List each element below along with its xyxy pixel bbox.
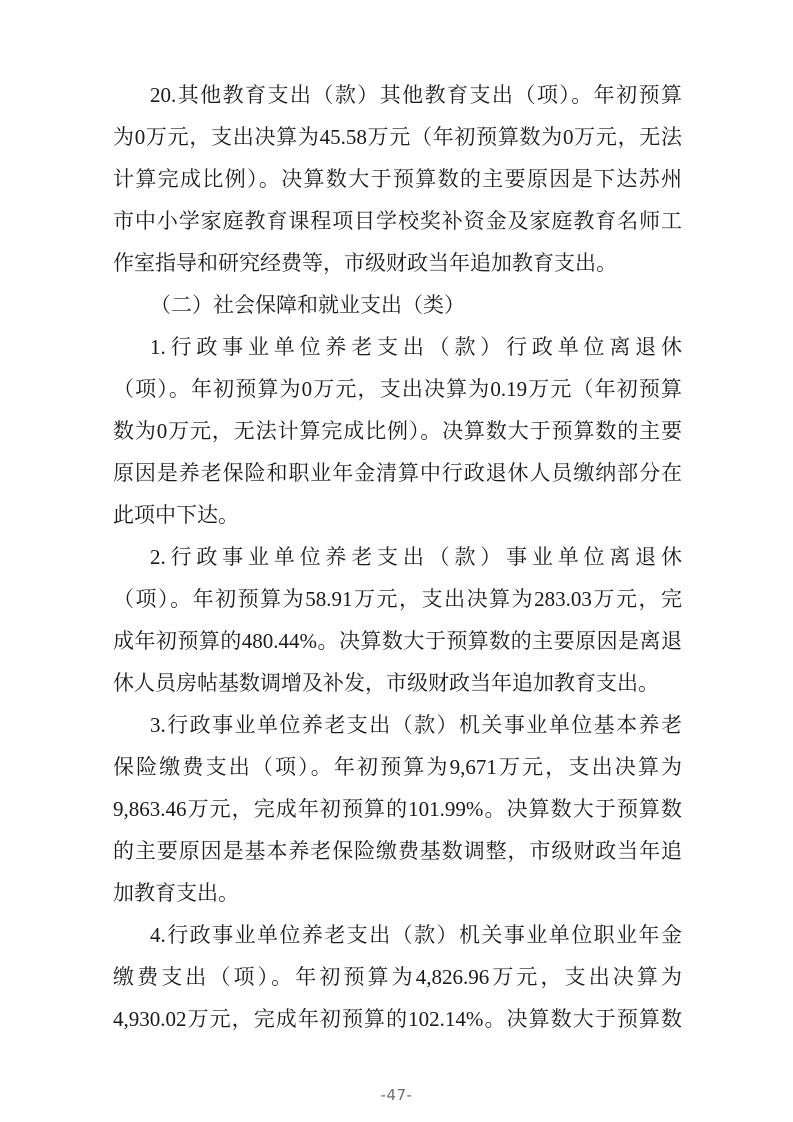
para-item-1-admin-unit-retirees: 1.行政事业单位养老支出（款）行政单位离退休（项）。年初预算为0万元，支出决算为…: [113, 326, 682, 536]
text-line: 作室指导和研究经费等，市级财政当年追加教育支出。: [113, 242, 682, 284]
text-line: 保险缴费支出（项）。年初预算为9,671万元，支出决算为: [113, 746, 682, 788]
text-line: 1.行政事业单位养老支出（款）行政单位离退休: [113, 326, 682, 368]
text-line: 成年初预算的480.44%。决算数大于预算数的主要原因是离退: [113, 620, 682, 662]
text-line: 缴费支出（项）。年初预算为4,826.96万元，支出决算为: [113, 956, 682, 998]
text-line: 3.行政事业单位养老支出（款）机关事业单位基本养老: [113, 704, 682, 746]
text-line: 4,930.02万元，完成年初预算的102.14%。决算数大于预算数: [113, 998, 682, 1040]
text-line: 原因是养老保险和职业年金清算中行政退休人员缴纳部分在: [113, 452, 682, 494]
para-item-3-basic-pension-contribution: 3.行政事业单位养老支出（款）机关事业单位基本养老保险缴费支出（项）。年初预算为…: [113, 704, 682, 914]
text-line: （项）。年初预算为58.91万元，支出决算为283.03万元，完: [113, 578, 682, 620]
document-body: 20.其他教育支出（款）其他教育支出（项）。年初预算为0万元，支出决算为45.5…: [113, 74, 682, 1040]
text-line: 加教育支出。: [113, 872, 682, 914]
text-line: （项）。年初预算为0万元，支出决算为0.19万元（年初预算: [113, 368, 682, 410]
para-item-4-occupational-annuity: 4.行政事业单位养老支出（款）机关事业单位职业年金缴费支出（项）。年初预算为4,…: [113, 914, 682, 1040]
text-line: 休人员房帖基数调增及补发，市级财政当年追加教育支出。: [113, 662, 682, 704]
text-line: 为0万元，支出决算为45.58万元（年初预算数为0万元，无法: [113, 116, 682, 158]
text-line: 9,863.46万元，完成年初预算的101.99%。决算数大于预算数: [113, 788, 682, 830]
page-number: -47-: [381, 1086, 413, 1104]
heading-social-security-employment: （二）社会保障和就业支出（类）: [113, 284, 682, 326]
text-line: 计算完成比例）。决算数大于预算数的主要原因是下达苏州: [113, 158, 682, 200]
text-line: 市中小学家庭教育课程项目学校奖补资金及家庭教育名师工: [113, 200, 682, 242]
text-line: 此项中下达。: [113, 494, 682, 536]
text-line: （二）社会保障和就业支出（类）: [113, 284, 682, 326]
para-item-2-institution-retirees: 2.行政事业单位养老支出（款）事业单位离退休（项）。年初预算为58.91万元，支…: [113, 536, 682, 704]
document-page: 20.其他教育支出（款）其他教育支出（项）。年初预算为0万元，支出决算为45.5…: [0, 0, 793, 1122]
text-line: 的主要原因是基本养老保险缴费基数调整，市级财政当年追: [113, 830, 682, 872]
text-line: 20.其他教育支出（款）其他教育支出（项）。年初预算: [113, 74, 682, 116]
text-line: 4.行政事业单位养老支出（款）机关事业单位职业年金: [113, 914, 682, 956]
para-item-20-other-education: 20.其他教育支出（款）其他教育支出（项）。年初预算为0万元，支出决算为45.5…: [113, 74, 682, 284]
text-line: 数为0万元，无法计算完成比例）。决算数大于预算数的主要: [113, 410, 682, 452]
text-line: 2.行政事业单位养老支出（款）事业单位离退休: [113, 536, 682, 578]
page-footer: -47-: [0, 1086, 793, 1105]
